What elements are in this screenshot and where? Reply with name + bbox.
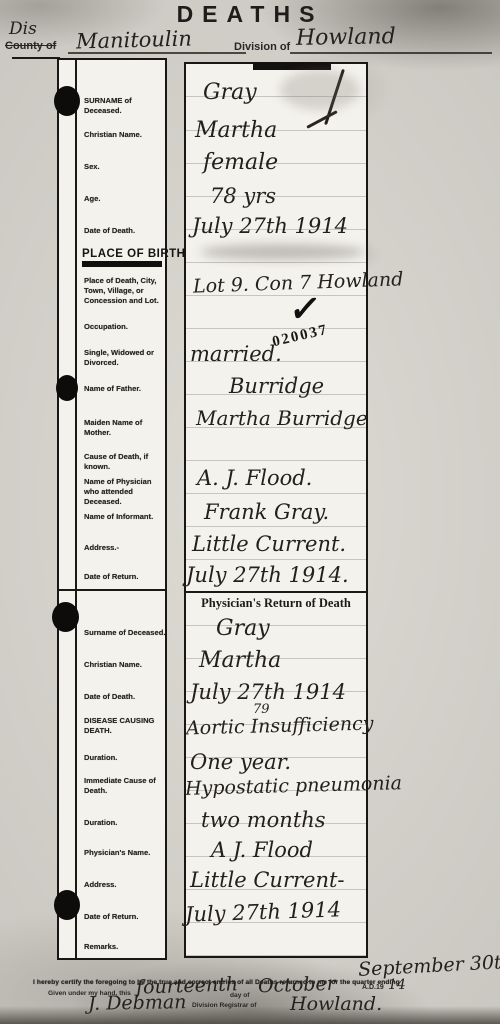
paper-smudge	[200, 244, 365, 260]
entry-date-of-death: July 27th 1914	[192, 214, 348, 238]
field-label-date-of-return: Date of Return.	[84, 572, 166, 582]
place-of-birth-stamp: PLACE OF BIRTH	[82, 248, 185, 260]
entry-physician: A. J. Flood.	[197, 466, 312, 490]
county-value: Manitoulin	[76, 26, 192, 53]
county-underline	[68, 52, 246, 54]
ink-blot	[52, 602, 79, 632]
field-label-informant: Name of Informant.	[84, 512, 166, 522]
entry2-duration-1: One year.	[190, 750, 291, 774]
ad-label: A.D.19	[362, 984, 384, 991]
field-label-father: Name of Father.	[84, 384, 166, 394]
field-label-physician: Name of Physician who attended Deceased.	[84, 477, 166, 507]
field-label-cause-of-death: Cause of Death, if known.	[84, 452, 166, 472]
ink-blot	[54, 86, 80, 116]
ink-blot	[54, 890, 80, 920]
entry-date-of-return: July 27th 1914.	[186, 563, 349, 587]
field-label-address-2: Address.	[84, 880, 166, 890]
entry2-surname: Gray	[216, 616, 270, 641]
section-divider-left	[59, 589, 165, 591]
entry-christian-name: Martha	[195, 118, 277, 143]
column-header-stamp-bar	[253, 62, 331, 70]
field-label-christian-name-2: Christian Name.	[84, 660, 166, 670]
field-label-duration-1: Duration.	[84, 753, 166, 763]
field-label-date-of-return-2: Date of Return.	[84, 912, 166, 922]
entry-father: Burridge	[229, 374, 324, 398]
entry2-physician-name: A J. Flood	[211, 838, 313, 862]
entry2-immediate-cause: Hypostatic pneumonia	[185, 772, 403, 800]
entry2-address: Little Current-	[190, 868, 345, 892]
death-register-page: DEATHS Dis County of Manitoulin Division…	[0, 0, 500, 1024]
field-label-surname: SURNAME of Deceased.	[84, 96, 166, 116]
field-label-occupation: Occupation.	[84, 322, 166, 332]
entry-informant: Frank Gray.	[204, 500, 329, 524]
field-label-mother: Maiden Name of Mother.	[84, 418, 166, 438]
division-underline	[290, 52, 492, 54]
field-label-date-of-death: Date of Death.	[84, 226, 166, 236]
entry-address: Little Current.	[192, 532, 346, 556]
field-label-christian-name: Christian Name.	[84, 130, 166, 140]
entry2-date-of-death: July 27th 1914	[190, 680, 346, 704]
entry-sex: female	[203, 150, 278, 175]
entry-surname: Gray	[203, 80, 257, 105]
division-value: Howland	[296, 24, 396, 51]
district-note: Dis	[9, 19, 37, 39]
field-label-duration-2: Duration.	[84, 818, 166, 828]
stray-rule	[12, 57, 60, 59]
field-label-surname-2: Surname of Deceased.	[84, 628, 166, 638]
county-label: County of	[5, 40, 56, 52]
page-title: DEATHS	[0, 1, 500, 28]
place-of-birth-stamp-bar	[82, 261, 162, 267]
entry-age: 78 yrs	[210, 184, 276, 208]
quarter-ending-value: September 30th 14	[358, 949, 500, 981]
field-label-place-of-death: Place of Death, City, Town, Village, or …	[84, 276, 166, 306]
field-label-marital-status: Single, Widowed or Divorced.	[84, 348, 166, 368]
section2-title: Physician's Return of Death	[186, 596, 366, 611]
field-label-disease: DISEASE CAUSING DEATH.	[84, 716, 166, 736]
entry2-christian-name: Martha	[199, 648, 281, 673]
entry-marital-status: married.	[190, 342, 282, 366]
day-of-label: day of	[230, 992, 249, 999]
field-label-remarks: Remarks.	[84, 942, 166, 952]
ink-blot	[56, 375, 78, 401]
paper-smudge	[280, 70, 360, 110]
ad-year-value: 14	[388, 977, 406, 993]
field-label-immediate-cause: Immediate Cause of Death.	[84, 776, 166, 796]
scan-edge-shadow	[0, 1006, 500, 1024]
field-label-physician-name: Physician's Name.	[84, 848, 166, 858]
field-label-date-of-death-2: Date of Death.	[84, 692, 166, 702]
field-label-age: Age.	[84, 194, 166, 204]
field-label-address: Address.-	[84, 543, 166, 553]
entry-mother: Martha Burridge	[196, 406, 368, 430]
section-divider-right	[186, 591, 366, 593]
division-label: Division of	[234, 41, 290, 53]
entry2-duration-2: two months	[201, 808, 326, 832]
field-label-sex: Sex.	[84, 162, 166, 172]
